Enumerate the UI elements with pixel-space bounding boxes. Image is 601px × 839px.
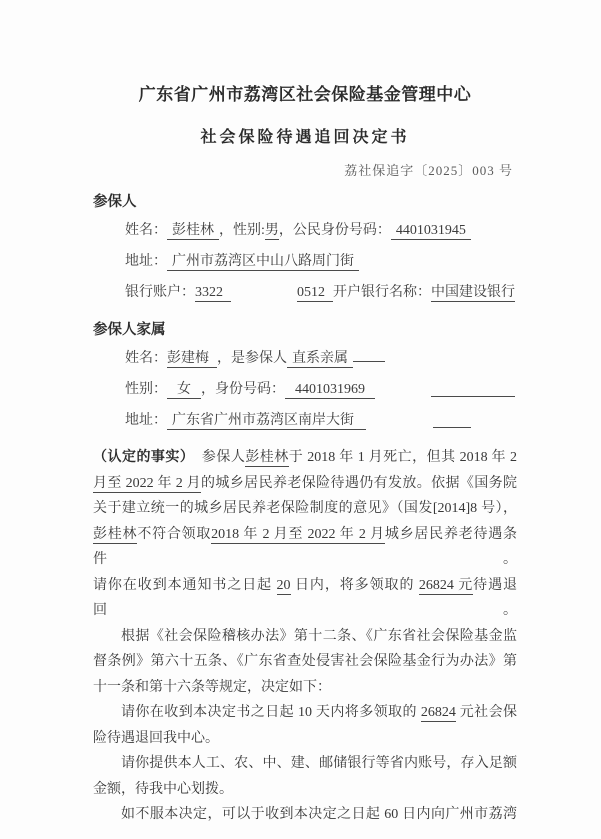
family-name-row: 姓名：彭建梅，是参保人直系亲属 bbox=[93, 343, 517, 374]
family-gender-row: 性别：女，身份号码：4401031969 bbox=[93, 374, 517, 405]
body-text: 参保人 bbox=[187, 450, 245, 465]
underlined-value: 20 bbox=[277, 578, 291, 595]
body-line: （认定的事实） 参保人彭桂林于 2018 年 1 月死亡，但其 2018 年 2 bbox=[93, 445, 517, 471]
body-text: （认定的事实） bbox=[93, 450, 187, 465]
insured-bank-row: 银行账户：33220512开户银行名称：中国建设银行 bbox=[93, 277, 517, 308]
page-title: 广东省广州市荔湾区社会保险基金管理中心 bbox=[93, 84, 517, 106]
body-text: 金额，待我中心划拨。 bbox=[93, 782, 233, 797]
body-text: 险待遇退回我中心。 bbox=[93, 731, 219, 746]
underlined-value: 彭桂林 bbox=[93, 527, 137, 544]
decision-body: （认定的事实） 参保人彭桂林于 2018 年 1 月死亡，但其 2018 年 2… bbox=[93, 445, 517, 828]
body-text: 日内，将多领取的 bbox=[291, 578, 419, 593]
body-line: 根据《社会保险稽核办法》第十二条、《广东省社会保险基金监 bbox=[93, 624, 517, 650]
body-text: 请你提供本人工、农、中、建、邮储银行等省内账号，存入足额 bbox=[121, 756, 517, 771]
body-line: 请你在收到本通知书之日起 20 日内，将多领取的 26824 元待遇退回。 bbox=[93, 573, 517, 624]
insured-section-label: 参保人 bbox=[93, 190, 517, 215]
body-text: 请你在收到本决定书之日起 10 天内将多领取的 bbox=[121, 705, 421, 720]
insured-address-value: 广州市荔湾区中山八路周门街 bbox=[167, 254, 359, 271]
doc-number: 荔社保追字〔2025〕003 号 bbox=[93, 162, 517, 180]
body-line: 十一条和第十六条等规定，决定如下： bbox=[93, 675, 517, 701]
body-text: 如不服本决定，可以于收到本决定之日起 60 日内向广州市荔湾 bbox=[121, 807, 517, 822]
body-line: 请你在收到本决定书之日起 10 天内将多领取的 26824 元社会保 bbox=[93, 700, 517, 726]
body-text: 元社会保 bbox=[456, 705, 517, 720]
underlined-value: 月至 2022 年 2 月 bbox=[93, 476, 201, 493]
family-address-label: 地址： bbox=[125, 413, 167, 428]
underlined-value: 彭桂林 bbox=[245, 450, 288, 467]
insured-name-label: 姓名： bbox=[125, 223, 167, 238]
body-text: 督条例》第六十五条、《广东省查处侵害社会保险基金行为办法》第 bbox=[93, 654, 517, 669]
insured-id-label: ，公民身份号码： bbox=[279, 223, 391, 238]
body-text: 关于建立统一的城乡居民养老保险制度的意见》（国发[2014]8 号）， bbox=[93, 501, 517, 516]
body-text: 的城乡居民养老保险待遇仍有发放。依据《国务院 bbox=[201, 476, 517, 491]
underlined-value: 26824 bbox=[421, 705, 456, 722]
insured-bank-account-suffix: 0512 bbox=[297, 285, 333, 302]
scanned-document-page: 广东省广州市荔湾区社会保险基金管理中心 社会保险待遇追回决定书 荔社保追字〔20… bbox=[0, 0, 601, 839]
insured-bank-name-label: 开户银行名称： bbox=[333, 285, 431, 300]
family-relation-label: ，是参保人 bbox=[217, 351, 287, 366]
family-address-value: 广东省广州市荔湾区南岸大街 bbox=[167, 413, 366, 430]
insured-name-row: 姓名：彭桂林，性别:男，公民身份号码：4401031945 bbox=[93, 215, 517, 246]
body-line: 金额，待我中心划拨。 bbox=[93, 777, 517, 803]
insured-address-label: 地址： bbox=[125, 254, 167, 269]
family-name-value: 彭建梅 bbox=[167, 351, 217, 368]
family-name-label: 姓名： bbox=[125, 351, 167, 366]
family-gender-value: 女 bbox=[167, 382, 201, 399]
body-text: 十一条和第十六条等规定，决定如下： bbox=[93, 680, 331, 695]
body-text: 请你在收到本通知书之日起 bbox=[93, 578, 277, 593]
insured-bank-account-prefix: 3322 bbox=[195, 285, 231, 302]
family-relation-value: 直系亲属 bbox=[287, 351, 353, 368]
body-line: 督条例》第六十五条、《广东省查处侵害社会保险基金行为办法》第 bbox=[93, 649, 517, 675]
insured-address-row: 地址：广州市荔湾区中山八路周门街 bbox=[93, 246, 517, 277]
page-subtitle: 社会保险待遇追回决定书 bbox=[93, 127, 517, 149]
family-section-label: 参保人家属 bbox=[93, 318, 517, 343]
insured-bank-account-label: 银行账户： bbox=[125, 285, 195, 300]
blank-underline bbox=[431, 396, 515, 397]
body-line: 险待遇退回我中心。 bbox=[93, 726, 517, 752]
body-line: 请你提供本人工、农、中、建、邮储银行等省内账号，存入足额 bbox=[93, 751, 517, 777]
body-text: 于 2018 年 1 月死亡，但其 2018 年 2 bbox=[289, 450, 517, 465]
blank-underline bbox=[353, 347, 385, 362]
insured-id-value: 4401031945 bbox=[391, 223, 471, 240]
family-id-label: ，身份号码： bbox=[201, 382, 285, 397]
body-text: 根据《社会保险稽核办法》第十二条、《广东省社会保险基金监 bbox=[121, 629, 517, 644]
document-content: 广东省广州市荔湾区社会保险基金管理中心 社会保险待遇追回决定书 荔社保追字〔20… bbox=[93, 84, 517, 828]
underlined-value: 26824 元 bbox=[419, 578, 473, 595]
blank-underline bbox=[433, 427, 471, 428]
insured-bank-name-value: 中国建设银行 bbox=[431, 285, 515, 302]
body-line: 月至 2022 年 2 月的城乡居民养老保险待遇仍有发放。依据《国务院 bbox=[93, 471, 517, 497]
insured-name-value: 彭桂林 bbox=[167, 223, 219, 240]
family-gender-label: 性别： bbox=[125, 382, 167, 397]
family-id-value: 4401031969 bbox=[285, 382, 375, 399]
body-line: 彭桂林不符合领取2018 年 2 月至 2022 年 2 月城乡居民养老待遇条件… bbox=[93, 522, 517, 573]
family-address-row: 地址：广东省广州市荔湾区南岸大街 bbox=[93, 405, 517, 436]
insured-gender-label: ，性别: bbox=[219, 223, 265, 238]
insured-gender-value: 男 bbox=[265, 223, 279, 240]
underlined-value: 2018 年 2 月至 2022 年 2 月 bbox=[211, 527, 385, 544]
body-line: 如不服本决定，可以于收到本决定之日起 60 日内向广州市荔湾 bbox=[93, 802, 517, 828]
body-text: 不符合领取 bbox=[137, 527, 211, 542]
body-line: 关于建立统一的城乡居民养老保险制度的意见》（国发[2014]8 号）， bbox=[93, 496, 517, 522]
